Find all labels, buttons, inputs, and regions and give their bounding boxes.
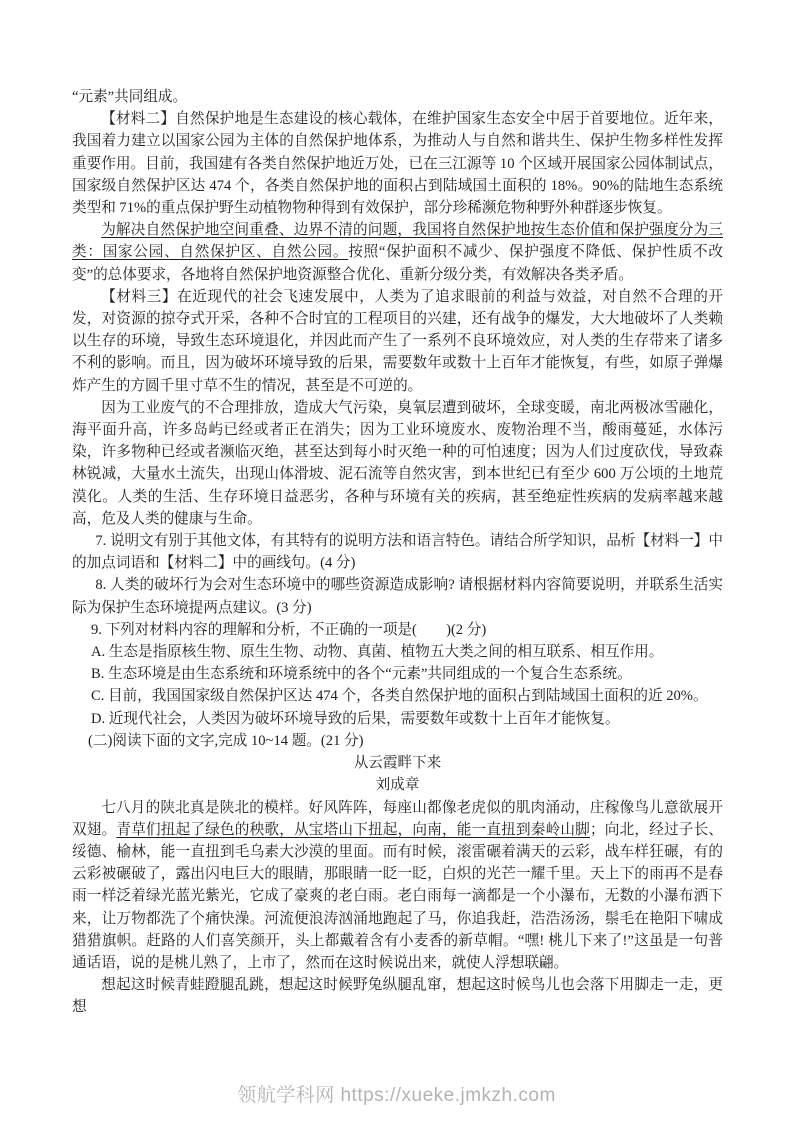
question-8: 8. 人类的破坏行为会对生态环境中的哪些资源造成影响? 请根据材料内容简要说明，… [72, 574, 723, 618]
exam-document-page: “元素”共同组成。 【材料二】自然保护地是生态建设的核心载体，在维护国家生态安全… [0, 0, 793, 1121]
paragraph-material-3-part-1: 【材料三】在近现代的社会飞速发展中，人类为了追求眼前的利益与效益，对自然不合理的… [72, 286, 723, 397]
section-2-header: (二)阅读下面的文字,完成 10~14 题。(21 分) [72, 730, 723, 752]
underlined-sentence-passage: 青草们扭起了绿色的秧歌，从宝塔山下扭起，向南，能一直扭到秦岭山脚 [116, 822, 590, 838]
question-7: 7. 说明文有别于其他文体，有其特有的说明方法和语言特色。请结合所学知识，品析【… [72, 530, 723, 574]
paragraph-intro-continuation: “元素”共同组成。 [72, 86, 723, 108]
paragraph-material-3-part-2: 因为工业废气的不合理排放，造成大气污染，臭氧层遭到破坏，全球变暖，南北两极冰雪融… [72, 397, 723, 530]
passage-paragraph-2: 想起这时候青蛙蹬腿乱跳，想起这时候野兔纵腿乱窜，想起这时候鸟儿也会落下用脚走一走… [72, 974, 723, 1018]
question-9-option-a: A. 生态是指原核生物、原生生物、动物、真菌、植物五大类之间的相互联系、相互作用… [72, 641, 723, 663]
question-9-stem: 9. 下列对材料内容的理解和分析，不正确的一项是( )(2 分) [72, 619, 723, 641]
passage-author: 刘成章 [72, 774, 723, 796]
question-9-option-c: C. 目前，我国国家级自然保护区达 474 个，各类自然保护地的面积占到陆域国土… [72, 685, 723, 707]
paragraph-material-2-policy: 为解决自然保护地空间重叠、边界不清的问题，我国将自然保护地按生态价值和保护强度分… [72, 219, 723, 286]
passage-paragraph-1-post: ；向北，经过子长、绥德、榆林，能一直扭到毛乌素大沙漠的里面。而有时候，滚雷碾着满… [72, 822, 723, 971]
question-9-option-d: D. 近现代社会，人类因为破坏环境导致的后果，需要数年或数十上百年才能恢复。 [72, 708, 723, 730]
paragraph-material-2: 【材料二】自然保护地是生态建设的核心载体，在维护国家生态安全中居于首要地位。近年… [72, 108, 723, 219]
watermark: 领航学科网 https://xueke.jmkzh.com [0, 1085, 793, 1107]
passage-title: 从云霞畔下来 [72, 752, 723, 774]
passage-paragraph-1: 七八月的陕北真是陕北的模样。好风阵阵，每座山都像老虎似的肌肉涌动，庄稼像鸟儿意欲… [72, 797, 723, 975]
question-9-option-b: B. 生态环境是由生态系统和环境系统中的各个“元素”共同组成的一个复合生态系统。 [72, 663, 723, 685]
